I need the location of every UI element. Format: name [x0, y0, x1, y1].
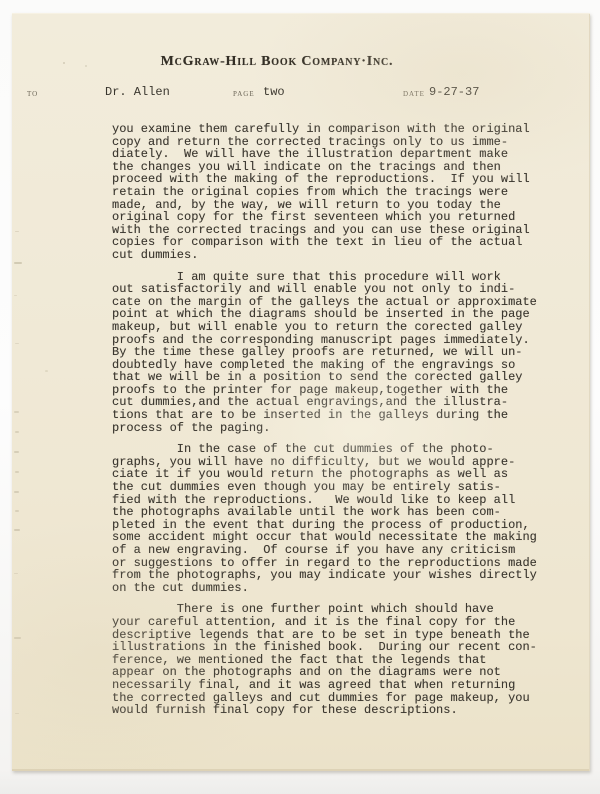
edge-speck — [15, 713, 19, 714]
edge-speck — [14, 637, 21, 639]
letterhead: McGraw-Hill Book Company·Inc. — [12, 54, 542, 70]
edge-speck — [14, 529, 20, 531]
edge-speck — [15, 510, 19, 512]
company-name: McGraw-Hill Book Company·Inc. — [12, 54, 542, 70]
paper-dot — [63, 62, 65, 64]
paper-dot — [85, 65, 87, 67]
edge-speck — [14, 451, 19, 453]
paragraph-1: you examine them carefully in comparison… — [112, 123, 572, 262]
edge-speck — [14, 491, 19, 493]
letter-body: you examine them carefully in comparison… — [112, 123, 572, 726]
edge-speck — [15, 431, 19, 433]
paper-dot — [45, 370, 48, 372]
page-label: PAGE — [233, 90, 255, 98]
edge-speck — [15, 231, 19, 232]
paragraph-3: In the case of the cut dummies of the ph… — [112, 443, 572, 594]
to-value: Dr. Allen — [105, 85, 170, 99]
edge-speck — [14, 295, 17, 296]
to-label: TO — [27, 90, 38, 98]
paragraph-4: There is one further point which should … — [112, 603, 572, 716]
date-label: DATE — [403, 90, 425, 98]
edge-speck — [14, 411, 19, 413]
page-number-value: two — [263, 85, 285, 99]
edge-speck — [15, 343, 19, 344]
edge-speck — [14, 262, 22, 264]
edge-speck — [14, 573, 18, 574]
letter-page: McGraw-Hill Book Company·Inc. TO Dr. All… — [12, 13, 590, 771]
edge-speck — [15, 471, 19, 473]
paragraph-2: I am quite sure that this procedure will… — [112, 271, 572, 435]
date-value: 9-27-37 — [429, 85, 479, 99]
